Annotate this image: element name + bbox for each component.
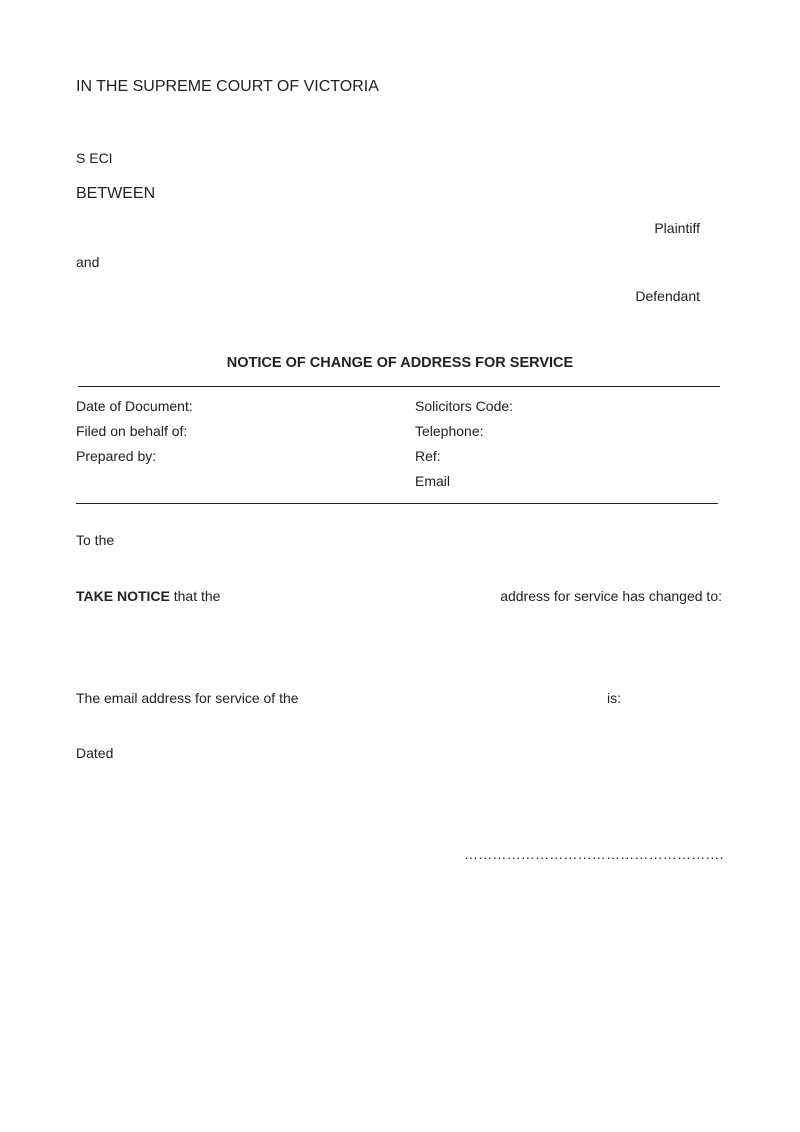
telephone-label: Telephone: (415, 423, 484, 439)
document-title: NOTICE OF CHANGE OF ADDRESS FOR SERVICE (0, 355, 800, 371)
court-heading: IN THE SUPREME COURT OF VICTORIA (76, 78, 379, 96)
is-text: is: (607, 690, 621, 706)
solicitors-code-label: Solicitors Code: (415, 398, 513, 414)
dated-label: Dated (76, 745, 113, 761)
to-the-text: To the (76, 532, 114, 548)
and-label: and (76, 254, 99, 270)
address-changed-text: address for service has changed to: (500, 588, 722, 604)
filed-on-behalf-label: Filed on behalf of: (76, 423, 187, 439)
take-notice-bold: TAKE NOTICE (76, 588, 170, 604)
date-of-document-label: Date of Document: (76, 398, 193, 414)
email-label: Email (415, 473, 450, 489)
bottom-divider (76, 503, 718, 504)
between-label: BETWEEN (76, 185, 155, 203)
prepared-by-label: Prepared by: (76, 448, 156, 464)
plaintiff-label: Plaintiff (654, 220, 700, 236)
take-notice-rest: that the (170, 588, 221, 604)
take-notice-text: TAKE NOTICE that the (76, 588, 220, 604)
defendant-label: Defendant (635, 288, 700, 304)
ref-label: Ref: (415, 448, 441, 464)
email-service-text: The email address for service of the (76, 690, 299, 706)
signature-line: ………………………………………………. (464, 846, 724, 862)
top-divider (78, 386, 720, 387)
case-number-label: S ECI (76, 150, 113, 166)
